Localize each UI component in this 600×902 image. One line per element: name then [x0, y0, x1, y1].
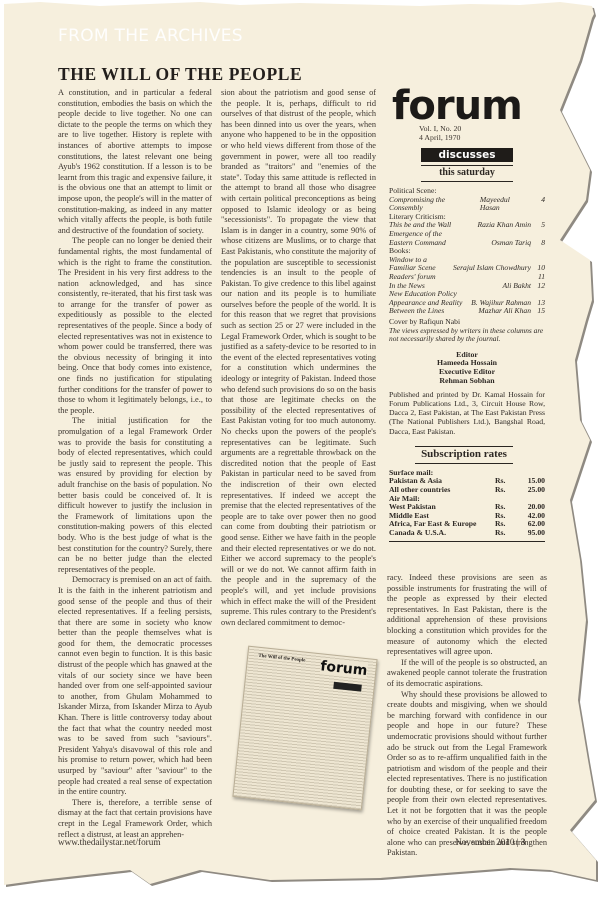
toc-author: Razia Khan Amin [478, 221, 531, 230]
paragraph: The people can no longer be denied their… [58, 236, 212, 416]
paragraph: A constitution, and in particular a fede… [58, 88, 212, 236]
rate-amount: 25.00 [517, 486, 545, 495]
toc-title: Compromising the Consembly [389, 196, 480, 213]
toc-row: Between the LinesMazhar Ali Khan15 [389, 307, 545, 316]
executive-editor-name: Rehman Sobhan [389, 377, 545, 386]
website-link[interactable]: www.thedailystar.net/forum [58, 837, 160, 847]
issue-date-label: November 2010 | [455, 837, 519, 847]
discusses-banner: discusses [421, 148, 513, 162]
paragraph: sion about the patriotism and good sense… [221, 88, 376, 628]
paragraph: racy. Indeed these provisions are seen a… [387, 573, 547, 658]
paragraph: If the will of the people is so obstruct… [387, 658, 547, 690]
publisher-note: Published and printed by Dr. Kamal Hossa… [389, 390, 545, 436]
paragraph: There is, therefore, a terrible sense of… [58, 798, 212, 840]
subscription-rates-table: Surface mail: Pakistan & AsiaRs.15.00 Al… [389, 469, 545, 542]
rate-amount: 95.00 [517, 529, 545, 538]
footer-issue: November 2010 | 3 [455, 837, 525, 847]
paragraph: The initial justification for the promul… [58, 416, 212, 575]
toc-page: 8 [537, 239, 545, 248]
section-label: FROM THE ARCHIVES [58, 26, 243, 46]
toc-page: 12 [537, 282, 545, 291]
toc-page: 5 [537, 221, 545, 230]
article-title: THE WILL OF THE PEOPLE [58, 64, 302, 85]
rate-row: Canada & U.S.A.Rs.95.00 [389, 529, 545, 538]
editors-block: Editor Hameeda Hossain Executive Editor … [389, 351, 545, 386]
article-column-2: sion about the patriotism and good sense… [221, 88, 376, 628]
archive-page-thumbnail: The Will of the People forum [232, 646, 377, 811]
thumbnail-logo: forum [320, 658, 369, 679]
rate-currency: Rs. [495, 529, 517, 538]
table-of-contents: Political Scene: Compromising the Consem… [389, 187, 545, 316]
toc-author: Mayeedul Hasan [480, 196, 531, 213]
article-column-3: racy. Indeed these provisions are seen a… [387, 573, 547, 859]
article-column-1: A constitution, and in particular a fede… [58, 88, 212, 840]
toc-title: Between the Lines [389, 307, 444, 316]
masthead-sidebar: forum Vol. I, No. 20 4 April, 1970 discu… [389, 88, 545, 542]
paragraph: Why should these provisions be allowed t… [387, 690, 547, 860]
disclaimer: The views expressed by writers in these … [389, 327, 545, 344]
toc-author: Serajul Islam Chowdhury [453, 264, 531, 273]
toc-row: Eastern CommandOsman Tariq8 [389, 239, 545, 248]
page-number: 3 [521, 837, 526, 847]
toc-row: Compromising the ConsemblyMayeedul Hasan… [389, 196, 545, 213]
rate-label: Canada & U.S.A. [389, 529, 495, 538]
toc-page: 15 [537, 307, 545, 316]
thumbnail-title: The Will of the People [258, 654, 306, 664]
toc-page: 4 [537, 196, 545, 213]
toc-author: Osman Tariq [491, 239, 531, 248]
rate-currency: Rs. [495, 486, 517, 495]
thumbnail-discusses-block [333, 682, 362, 692]
this-saturday-banner: this saturday [421, 165, 513, 182]
toc-author: Ali Bakht [503, 282, 531, 291]
subscription-heading: Subscription rates [415, 446, 513, 464]
paragraph: Democracy is premised on an act of faith… [58, 575, 212, 797]
issue-date: 4 April, 1970 [419, 133, 545, 142]
toc-author: Mazhar Ali Khan [478, 307, 531, 316]
forum-logo: forum [392, 88, 545, 124]
